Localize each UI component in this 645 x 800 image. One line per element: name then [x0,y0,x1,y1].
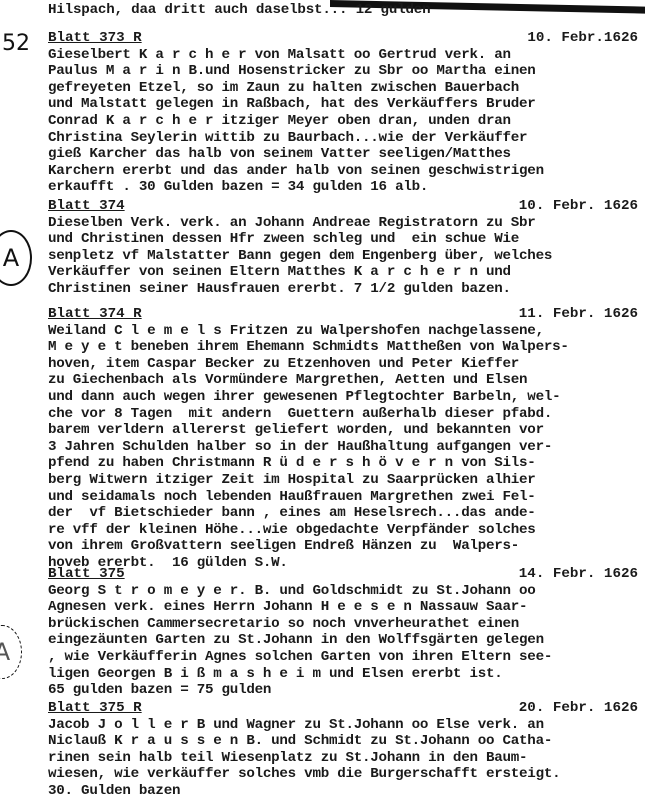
circled-letter-text: A [0,638,10,666]
text-line: von ihrem Großvattern seeligen Endreß Hä… [48,538,638,555]
text-line: und seidamals noch lebenden Haußfrauen M… [48,489,638,506]
text-line: senpletz vf Malstatter Bann gegen dem En… [48,248,638,265]
record-entry: Blatt 375 14. Febr. 1626 Georg S t r o m… [48,566,638,699]
text-line: Agnesen verk. eines Herrn Johann H e e s… [48,599,638,616]
text-line: wiesen, wie verkäuffer solches vmb die B… [48,766,638,783]
circled-letter-text: A [3,244,19,272]
margin-circled-letter: A [0,230,32,286]
folio-label: Blatt 375 [48,566,125,583]
record-entry: Blatt 373 R 10. Febr.1626 Gieselbert K a… [48,30,638,196]
text-line: Niclauß K r a u s s e n B. und Schmidt z… [48,733,638,750]
text-line: che vor 8 Tagen mit andern Guettern auße… [48,406,638,423]
text-line: 3 Jahren Schulden halber so in der Haußh… [48,439,638,456]
text-line: und Christinen dessen Hfr zween schleg u… [48,231,638,248]
entry-header: Blatt 373 R 10. Febr.1626 [48,30,638,47]
text-line: 65 gulden bazen = 75 gulden [48,682,638,699]
margin-circled-letter-faint: A [0,625,22,679]
text-line: Georg S t r o m e y e r. B. und Goldschm… [48,583,638,600]
entry-text: Weiland C l e m e l s Fritzen zu Walpers… [48,323,638,572]
record-entry: Blatt 375 R 20. Febr. 1626 Jacob J o l l… [48,700,638,800]
carryover-line: Hilspach, daa dritt auch daselbst... 12 … [48,2,430,19]
entry-text: Georg S t r o m e y e r. B. und Goldschm… [48,583,638,699]
record-entry: Blatt 374 R 11. Febr. 1626 Weiland C l e… [48,306,638,572]
entry-date: 10. Febr.1626 [527,30,638,47]
text-line: gieß Karcher das halb von seinem Vatter … [48,146,638,163]
text-line: berg Witwern itziger Zeit im Hospital zu… [48,472,638,489]
text-line: barem verldern allererst geliefert worde… [48,422,638,439]
text-line: , wie Verkäufferin Agnes solchen Garten … [48,649,638,666]
entry-header: Blatt 374 10. Febr. 1626 [48,198,638,215]
text-line: Karchern ererbt und das ander halb von s… [48,163,638,180]
text-line: Jacob J o l l e r B und Wagner zu St.Joh… [48,717,638,734]
text-line: 30. Gulden bazen [48,783,638,800]
text-line: Christina Seylerin wittib zu Baurbach...… [48,130,638,147]
text-line: erkaufft . 30 Gulden bazen = 34 gulden 1… [48,179,638,196]
text-line: Gieselbert K a r c h e r von Malsatt oo … [48,47,638,64]
text-line: Paulus M a r i n B.und Hosenstricker zu … [48,63,638,80]
entry-date: 11. Febr. 1626 [519,306,638,323]
text-line: zu Giechenbach als Vormündere Margrethen… [48,372,638,389]
text-line: ligen Georgen B i ß m a s h e i m und El… [48,666,638,683]
entry-text: Jacob J o l l e r B und Wagner zu St.Joh… [48,717,638,800]
text-line: brückischen Cammersecretario so noch vnv… [48,616,638,633]
entry-header: Blatt 375 14. Febr. 1626 [48,566,638,583]
text-line: Weiland C l e m e l s Fritzen zu Walpers… [48,323,638,340]
text-line: Christinen seiner Hausfrauen ererbt. 7 1… [48,281,638,298]
folio-label: Blatt 374 R [48,306,142,323]
text-line: Verkäuffer von seinen Eltern Matthes K a… [48,264,638,281]
folio-label: Blatt 374 [48,198,125,215]
text-line: der vf Bietschieder bann , eines am Hese… [48,505,638,522]
entry-date: 14. Febr. 1626 [519,566,638,583]
entry-date: 10. Febr. 1626 [519,198,638,215]
entry-header: Blatt 375 R 20. Febr. 1626 [48,700,638,717]
text-line: und Malstatt gelegen in Raßbach, hat des… [48,96,638,113]
text-line: pfend zu haben Christmann R ü d e r s h … [48,455,638,472]
text-line: rinen sein halb teil Wiesenplatz zu St.J… [48,750,638,767]
text-line: Dieselben Verk. verk. an Johann Andreae … [48,215,638,232]
record-entry: Blatt 374 10. Febr. 1626 Dieselben Verk.… [48,198,638,298]
text-line: re vff der kleinen Höhe...wie obgedachte… [48,522,638,539]
folio-label: Blatt 375 R [48,700,142,717]
folio-label: Blatt 373 R [48,30,142,47]
entry-text: Gieselbert K a r c h e r von Malsatt oo … [48,47,638,196]
margin-annotation-number: 52 [2,31,30,56]
entry-header: Blatt 374 R 11. Febr. 1626 [48,306,638,323]
text-line: und dann auch wegen ihrer gewesenen Pfle… [48,389,638,406]
entry-text: Dieselben Verk. verk. an Johann Andreae … [48,215,638,298]
text-line: Conrad K a r c h e r itziger Meyer oben … [48,113,638,130]
text-line: hoven, item Caspar Becker zu Etzenhoven … [48,356,638,373]
text-line: gefreyeten Etzel, so im Zaun zu halten z… [48,80,638,97]
entry-date: 20. Febr. 1626 [519,700,638,717]
text-line: eingezäunten Garten zu St.Johann in den … [48,632,638,649]
text-line: M e y e t beneben ihrem Ehemann Schmidts… [48,339,638,356]
